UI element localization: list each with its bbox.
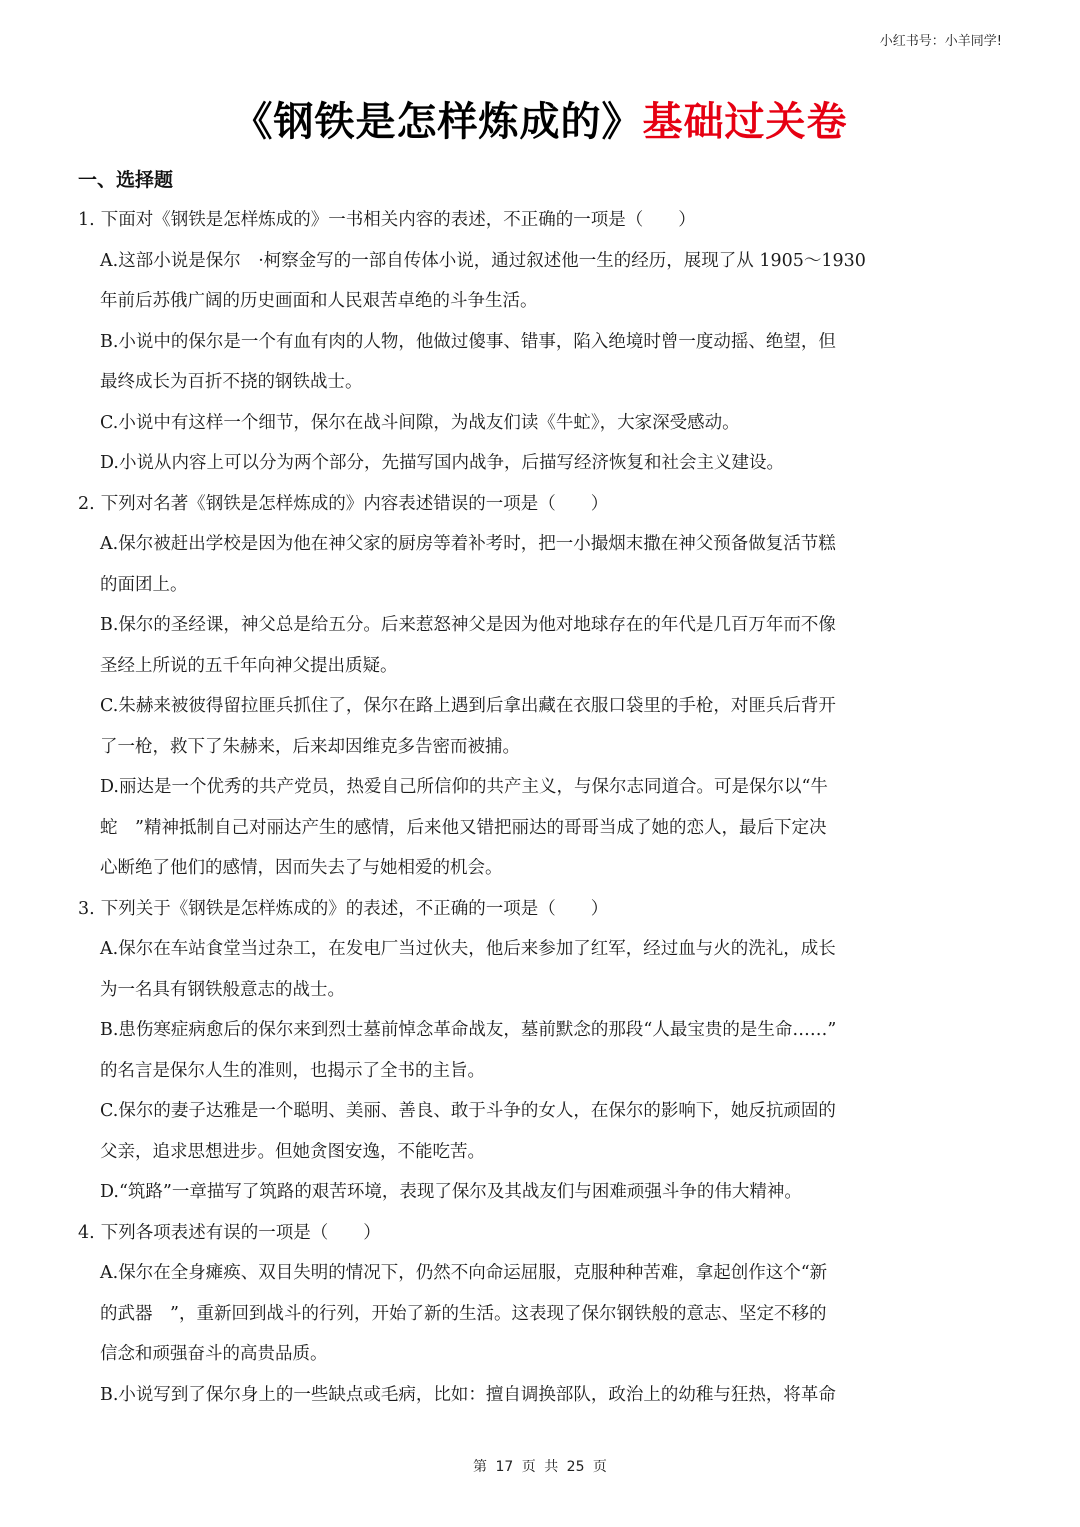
option-a: A.保尔在全身瘫痪、双目失明的情况下，仍然不向命运屈服，克服种种苦难，拿起创作这…: [78, 1253, 1004, 1375]
question-list: 1.下面对《钢铁是怎样炼成的》一书相关内容的表述，不正确的一项是（ ） A.这部…: [78, 200, 1004, 1415]
option-b: B.小说中的保尔是一个有血有肉的人物，他做过傻事、错事，陷入绝境时曾一度动摇、绝…: [78, 322, 1004, 403]
question-text: 下列关于《钢铁是怎样炼成的》的表述，不正确的一项是（ ）: [101, 899, 609, 919]
option-c: C.小说中有这样一个细节，保尔在战斗间隙，为战友们读《牛虻》，大家深受感动。: [78, 403, 1004, 444]
option-line: C.保尔的妻子达雅是一个聪明、美丽、善良、敢于斗争的女人，在保尔的影响下，她反抗…: [78, 1091, 1004, 1132]
option-line: 的武器 ”，重新回到战斗的行列，开始了新的生活。这表现了保尔钢铁般的意志、坚定不…: [78, 1294, 1004, 1335]
page-title: 《钢铁是怎样炼成的》基础过关卷: [0, 92, 1080, 152]
question-3: 3.下列关于《钢铁是怎样炼成的》的表述，不正确的一项是（ ） A.保尔在车站食堂…: [78, 889, 1004, 1213]
option-line: 为一名具有钢铁般意志的战士。: [78, 970, 1004, 1011]
option-line: A.保尔被赶出学校是因为他在神父家的厨房等着补考时，把一小撮烟末撒在神父预备做复…: [78, 524, 1004, 565]
question-number: 3.: [78, 889, 95, 930]
option-line: 蛇 ”精神抵制自己对丽达产生的感情，后来他又错把丽达的哥哥当成了她的恋人，最后下…: [78, 808, 1004, 849]
option-line: 父亲，追求思想进步。但她贪图安逸，不能吃苦。: [78, 1132, 1004, 1173]
option-a: A.这部小说是保尔 ·柯察金写的一部自传体小说，通过叙述他一生的经历，展现了从 …: [78, 241, 1004, 322]
option-line: 年前后苏俄广阔的历史画面和人民艰苦卓绝的斗争生活。: [78, 281, 1004, 322]
option-a: A.保尔被赶出学校是因为他在神父家的厨房等着补考时，把一小撮烟末撒在神父预备做复…: [78, 524, 1004, 605]
option-line: C.小说中有这样一个细节，保尔在战斗间隙，为战友们读《牛虻》，大家深受感动。: [78, 403, 1004, 444]
option-line: B.小说写到了保尔身上的一些缺点或毛病，比如：擅自调换部队，政治上的幼稚与狂热，…: [78, 1375, 1004, 1416]
watermark-text: 小红书号：小羊同学!: [880, 30, 1002, 49]
question-number: 2.: [78, 484, 95, 525]
option-line: 信念和顽强奋斗的高贵品质。: [78, 1334, 1004, 1375]
option-line: 最终成长为百折不挠的钢铁战士。: [78, 362, 1004, 403]
question-4: 4.下列各项表述有误的一项是（ ） A.保尔在全身瘫痪、双目失明的情况下，仍然不…: [78, 1213, 1004, 1416]
title-book-name: 《钢铁是怎样炼成的》: [233, 99, 643, 145]
option-line: 了一枪，救下了朱赫来，后来却因维克多告密而被捕。: [78, 727, 1004, 768]
question-stem: 3.下列关于《钢铁是怎样炼成的》的表述，不正确的一项是（ ）: [78, 889, 1004, 930]
option-b: B.保尔的圣经课，神父总是给五分。后来惹怒神父是因为他对地球存在的年代是几百万年…: [78, 605, 1004, 686]
section-heading: 一、选择题: [78, 165, 173, 195]
option-d: D.丽达是一个优秀的共产党员，热爱自己所信仰的共产主义，与保尔志同道合。可是保尔…: [78, 767, 1004, 889]
option-line: A.保尔在车站食堂当过杂工，在发电厂当过伙夫，他后来参加了红军，经过血与火的洗礼…: [78, 929, 1004, 970]
question-2: 2.下列对名著《钢铁是怎样炼成的》内容表述错误的一项是（ ） A.保尔被赶出学校…: [78, 484, 1004, 889]
option-line: A.保尔在全身瘫痪、双目失明的情况下，仍然不向命运屈服，克服种种苦难，拿起创作这…: [78, 1253, 1004, 1294]
question-number: 4.: [78, 1213, 95, 1254]
option-c: C.保尔的妻子达雅是一个聪明、美丽、善良、敢于斗争的女人，在保尔的影响下，她反抗…: [78, 1091, 1004, 1172]
option-b: B.患伤寒症病愈后的保尔来到烈士墓前悼念革命战友，墓前默念的那段“人最宝贵的是生…: [78, 1010, 1004, 1091]
option-d: D.小说从内容上可以分为两个部分，先描写国内战争，后描写经济恢复和社会主义建设。: [78, 443, 1004, 484]
option-line: D.丽达是一个优秀的共产党员，热爱自己所信仰的共产主义，与保尔志同道合。可是保尔…: [78, 767, 1004, 808]
option-d: D.“筑路”一章描写了筑路的艰苦环境，表现了保尔及其战友们与困难顽强斗争的伟大精…: [78, 1172, 1004, 1213]
page-number: 第 17 页 共 25 页: [0, 1456, 1080, 1476]
option-c: C.朱赫来被彼得留拉匪兵抓住了，保尔在路上遇到后拿出藏在衣服口袋里的手枪，对匪兵…: [78, 686, 1004, 767]
option-a: A.保尔在车站食堂当过杂工，在发电厂当过伙夫，他后来参加了红军，经过血与火的洗礼…: [78, 929, 1004, 1010]
question-number: 1.: [78, 200, 95, 241]
option-line: D.小说从内容上可以分为两个部分，先描写国内战争，后描写经济恢复和社会主义建设。: [78, 443, 1004, 484]
question-stem: 2.下列对名著《钢铁是怎样炼成的》内容表述错误的一项是（ ）: [78, 484, 1004, 525]
question-1: 1.下面对《钢铁是怎样炼成的》一书相关内容的表述，不正确的一项是（ ） A.这部…: [78, 200, 1004, 484]
question-text: 下列各项表述有误的一项是（ ）: [101, 1223, 381, 1243]
question-stem: 4.下列各项表述有误的一项是（ ）: [78, 1213, 1004, 1254]
question-text: 下面对《钢铁是怎样炼成的》一书相关内容的表述，不正确的一项是（ ）: [101, 210, 696, 230]
option-line: D.“筑路”一章描写了筑路的艰苦环境，表现了保尔及其战友们与困难顽强斗争的伟大精…: [78, 1172, 1004, 1213]
option-line: B.患伤寒症病愈后的保尔来到烈士墓前悼念革命战友，墓前默念的那段“人最宝贵的是生…: [78, 1010, 1004, 1051]
option-line: 心断绝了他们的感情，因而失去了与她相爱的机会。: [78, 848, 1004, 889]
option-line: B.保尔的圣经课，神父总是给五分。后来惹怒神父是因为他对地球存在的年代是几百万年…: [78, 605, 1004, 646]
option-line: 圣经上所说的五千年向神父提出质疑。: [78, 646, 1004, 687]
title-suffix: 基础过关卷: [643, 99, 848, 145]
question-text: 下列对名著《钢铁是怎样炼成的》内容表述错误的一项是（ ）: [101, 494, 609, 514]
option-b: B.小说写到了保尔身上的一些缺点或毛病，比如：擅自调换部队，政治上的幼稚与狂热，…: [78, 1375, 1004, 1416]
option-line: B.小说中的保尔是一个有血有肉的人物，他做过傻事、错事，陷入绝境时曾一度动摇、绝…: [78, 322, 1004, 363]
question-stem: 1.下面对《钢铁是怎样炼成的》一书相关内容的表述，不正确的一项是（ ）: [78, 200, 1004, 241]
option-line: 的名言是保尔人生的准则，也揭示了全书的主旨。: [78, 1051, 1004, 1092]
option-line: C.朱赫来被彼得留拉匪兵抓住了，保尔在路上遇到后拿出藏在衣服口袋里的手枪，对匪兵…: [78, 686, 1004, 727]
option-line: 的面团上。: [78, 565, 1004, 606]
option-line: A.这部小说是保尔 ·柯察金写的一部自传体小说，通过叙述他一生的经历，展现了从 …: [78, 241, 1004, 282]
